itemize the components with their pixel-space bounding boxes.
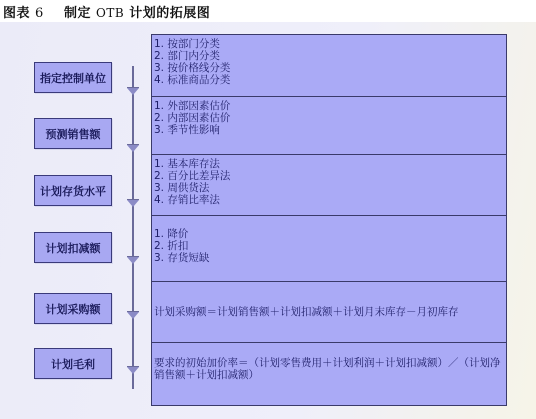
detail-item: 2. 部门内分类 (154, 50, 506, 62)
step-box-purchases: 计划采购额 (34, 293, 112, 324)
step-box-reductions: 计划扣减额 (34, 232, 112, 263)
step-label: 计划毛利 (51, 356, 95, 372)
step-label: 预测销售额 (46, 126, 101, 142)
step-box-control-unit: 指定控制单位 (34, 62, 112, 93)
markup-formula: 要求的初始加价率＝（计划零售费用＋计划利润＋计划扣减额）／（计划净销售额＋计划扣… (154, 357, 506, 381)
title-suffix: 计划的拓展图 (129, 6, 210, 21)
step-label: 计划存货水平 (40, 183, 106, 199)
step-box-gross-margin: 计划毛利 (34, 348, 112, 379)
detail-item: 4. 标准商品分类 (154, 74, 506, 86)
detail-item: 3. 存货短缺 (154, 252, 506, 264)
figure-title: 图表 6 制定 OTB 计划的拓展图 (3, 2, 210, 18)
details-section-reductions: 1. 降价 2. 折扣 3. 存货短缺 (152, 216, 506, 282)
step-box-inventory-level: 计划存货水平 (34, 175, 112, 206)
step-box-forecast-sales: 预测销售额 (34, 118, 112, 149)
details-section-inventory-level: 1. 基本库存法 2. 百分比差异法 3. 周供货法 4. 存销比率法 (152, 155, 506, 216)
detail-item: 2. 百分比差异法 (154, 170, 506, 182)
detail-item: 1. 按部门分类 (154, 38, 506, 50)
purchase-formula: 计划采购额＝计划销售额＋计划扣减额＋计划月末库存－月初库存 (154, 306, 461, 318)
step-label: 指定控制单位 (40, 70, 106, 86)
detail-item: 1. 降价 (154, 228, 506, 240)
details-section-purchases: 计划采购额＝计划销售额＋计划扣减额＋计划月末库存－月初库存 (152, 282, 506, 343)
arrow-down-icon (127, 257, 139, 264)
step-label: 计划采购额 (46, 301, 101, 317)
detail-item: 1. 基本库存法 (154, 158, 506, 170)
figure-label: 图表 (3, 6, 30, 21)
details-section-control-unit: 1. 按部门分类 2. 部门内分类 3. 按价格线分类 4. 标准商品分类 (152, 35, 506, 97)
detail-item: 2. 折扣 (154, 240, 506, 252)
title-prefix: 制定 (64, 6, 91, 21)
detail-item: 1. 外部因素估价 (154, 100, 506, 112)
detail-item: 3. 周供货法 (154, 182, 506, 194)
detail-item: 4. 存销比率法 (154, 194, 506, 206)
detail-item: 3. 按价格线分类 (154, 62, 506, 74)
arrow-down-icon (127, 367, 139, 374)
arrow-down-icon (127, 145, 139, 152)
details-section-gross-margin: 要求的初始加价率＝（计划零售费用＋计划利润＋计划扣减额）／（计划净销售额＋计划扣… (152, 343, 506, 405)
arrow-down-icon (127, 88, 139, 95)
arrow-down-icon (127, 200, 139, 207)
step-label: 计划扣减额 (46, 240, 101, 256)
detail-item: 2. 内部因素估价 (154, 112, 506, 124)
detail-item: 3. 季节性影响 (154, 124, 506, 136)
figure-number: 6 (35, 6, 44, 21)
details-panel: 1. 按部门分类 2. 部门内分类 3. 按价格线分类 4. 标准商品分类 1.… (151, 34, 507, 406)
flow-line (132, 66, 134, 389)
diagram-canvas: 指定控制单位 预测销售额 计划存货水平 计划扣减额 计划采购额 计划毛利 1. … (0, 22, 536, 419)
title-otb: OTB (96, 6, 124, 20)
details-section-forecast-sales: 1. 外部因素估价 2. 内部因素估价 3. 季节性影响 (152, 97, 506, 155)
arrow-down-icon (127, 312, 139, 319)
